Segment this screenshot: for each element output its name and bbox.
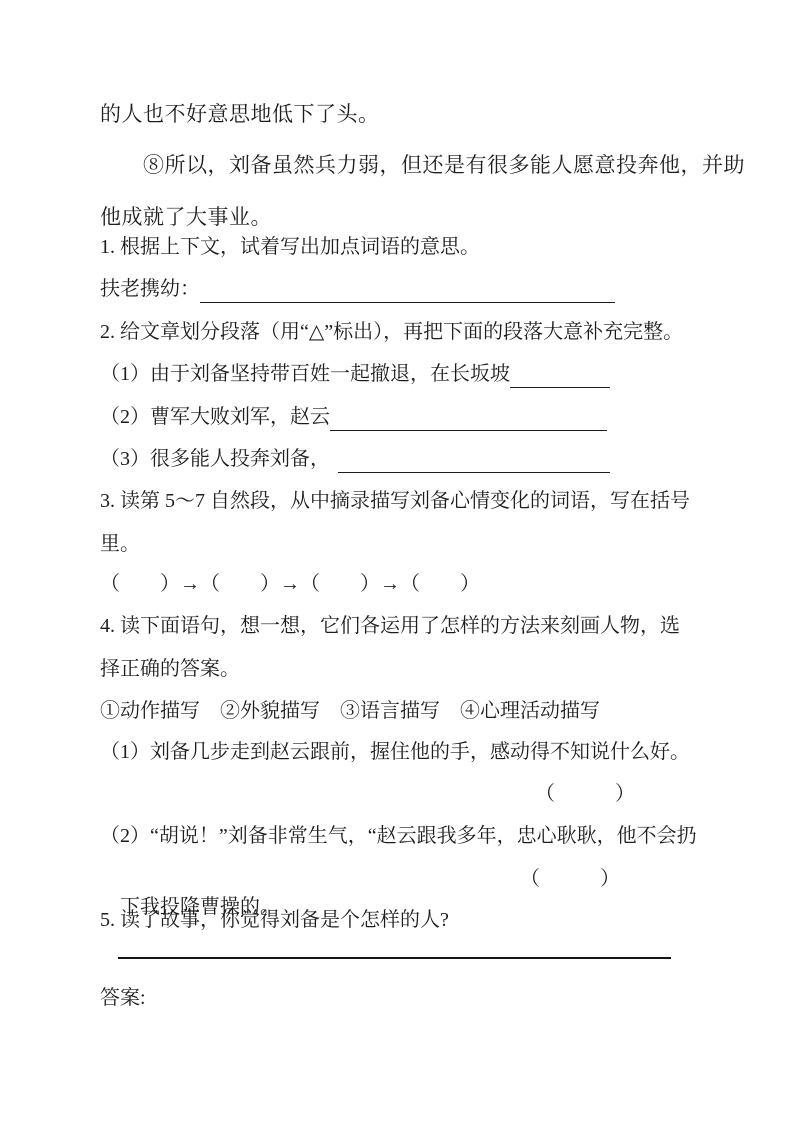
question-2-item-2: （2）曹军大败刘军，赵云 — [100, 403, 607, 431]
question-4-item-1: （1）刘备几步走到赵云跟前，握住他的手，感动得不知说什么好。 — [100, 738, 690, 766]
item-2-text: （2）曹军大败刘军，赵云 — [100, 403, 330, 431]
question-4-text-line-2: 择正确的答案。 — [100, 655, 240, 683]
answer-blank-line — [330, 404, 607, 431]
question-1-term-row: 扶老携幼： — [100, 275, 615, 303]
passage-line-3: 他成就了大事业。 — [100, 203, 272, 231]
question-4-item-2-line-1: （2）“胡说！”刘备非常生气，“赵云跟我多年，忠心耿耿，他不会扔 — [100, 822, 697, 850]
question-2-text: 2. 给文章划分段落（用“△”标出），再把下面的段落大意补充完整。 — [100, 318, 683, 346]
question-3-text-line-1: 3. 读第 5～7 自然段，从中摘录描写刘备心情变化的词语，写在括号 — [100, 487, 690, 515]
question-3-text-line-2: 里。 — [100, 530, 140, 558]
question-4-text-line-1: 4. 读下面语句，想一想，它们各运用了怎样的方法来刻画人物，选 — [100, 612, 680, 640]
answer-blank-line — [510, 361, 610, 388]
item-1-text: （1）由于刘备坚持带百姓一起撤退，在长坂坡 — [100, 360, 510, 388]
question-4-item-1-answer-slot: （ ） — [535, 780, 635, 808]
answer-section-label: 答案: — [100, 984, 146, 1012]
answer-blank-line — [338, 446, 610, 473]
question-2-item-3: （3）很多能人投奔刘备， — [100, 445, 610, 473]
item-3-text: （3）很多能人投奔刘备， — [100, 445, 330, 473]
passage-line-1: 的人也不好意思地低下了头。 — [100, 100, 380, 128]
section-divider-line — [118, 957, 671, 959]
worksheet-page: 的人也不好意思地低下了头。 ⑧所以，刘备虽然兵力弱，但还是有很多能人愿意投奔他，… — [0, 0, 793, 1122]
question-5-text: 5. 读了故事，你觉得刘备是个怎样的人? — [100, 906, 449, 934]
answer-blank-line — [200, 276, 615, 303]
question-2-item-1: （1）由于刘备坚持带百姓一起撤退，在长坂坡 — [100, 360, 610, 388]
question-4-options: ①动作描写 ②外貌描写 ③语言描写 ④心理活动描写 — [100, 697, 600, 725]
term-label: 扶老携幼： — [100, 275, 200, 303]
question-3-answer-slots: （ ）→（ ）→（ ）→（ ） — [100, 570, 480, 598]
passage-line-2: ⑧所以，刘备虽然兵力弱，但还是有很多能人愿意投奔他，并助 — [100, 151, 745, 179]
question-4-item-2-answer-slot: （ ） — [520, 865, 620, 893]
question-1-text: 1. 根据上下文，试着写出加点词语的意思。 — [100, 233, 480, 261]
